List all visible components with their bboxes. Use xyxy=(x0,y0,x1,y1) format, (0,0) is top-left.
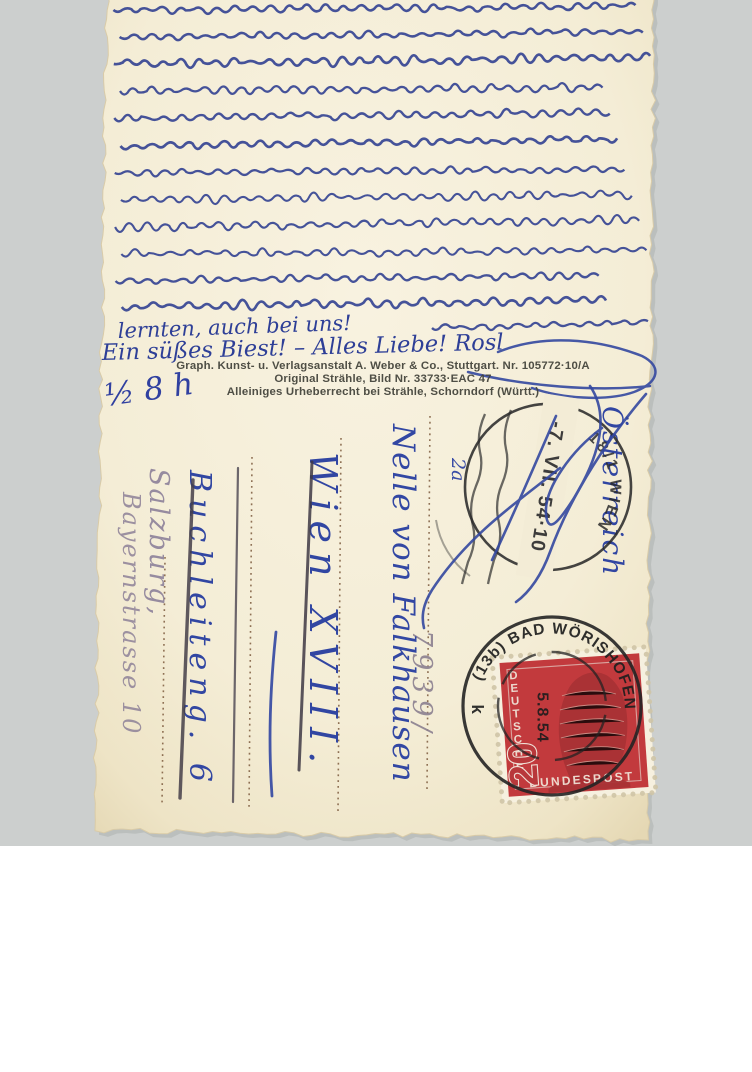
woerishofen-sorting-letter: k xyxy=(468,704,487,714)
publisher-credit-line-2: Original Strähle, Bild Nr. 33733·EAC 47 xyxy=(274,373,491,385)
postage-stamp: DEUTSCHE BUNDESPOST 20 xyxy=(492,647,656,803)
publisher-credit-line-3: Alleiniges Urheberrecht bei Strähle, Sch… xyxy=(227,386,539,398)
forwarding-city-pencil: Salzburg, xyxy=(143,468,174,617)
scan-area: lernten, auch bei uns! Ein süßes Biest! … xyxy=(0,0,752,846)
scanned-postcard-page: lernten, auch bei uns! Ein süßes Biest! … xyxy=(0,0,752,1072)
woerishofen-date: 5.8.54 xyxy=(533,692,550,742)
forwarding-street-pencil: Bayernstrasse 10 xyxy=(117,491,145,735)
credit-line-3-bold: Strähle, xyxy=(384,386,427,398)
old-city-line: Wien XVIII. xyxy=(301,452,345,772)
recipient-name: Nelle von Falkhausen xyxy=(385,423,421,783)
postcard-scan-image: lernten, auch bei uns! Ein süßes Biest! … xyxy=(0,0,752,846)
credit-line-3-suffix: Schorndorf (Württ.) xyxy=(430,386,539,398)
publisher-credit-line-1: Graph. Kunst- u. Verlagsanstalt A. Weber… xyxy=(176,360,590,372)
credit-line-3-prefix: Alleiniges Urheberrecht bei xyxy=(227,386,384,398)
